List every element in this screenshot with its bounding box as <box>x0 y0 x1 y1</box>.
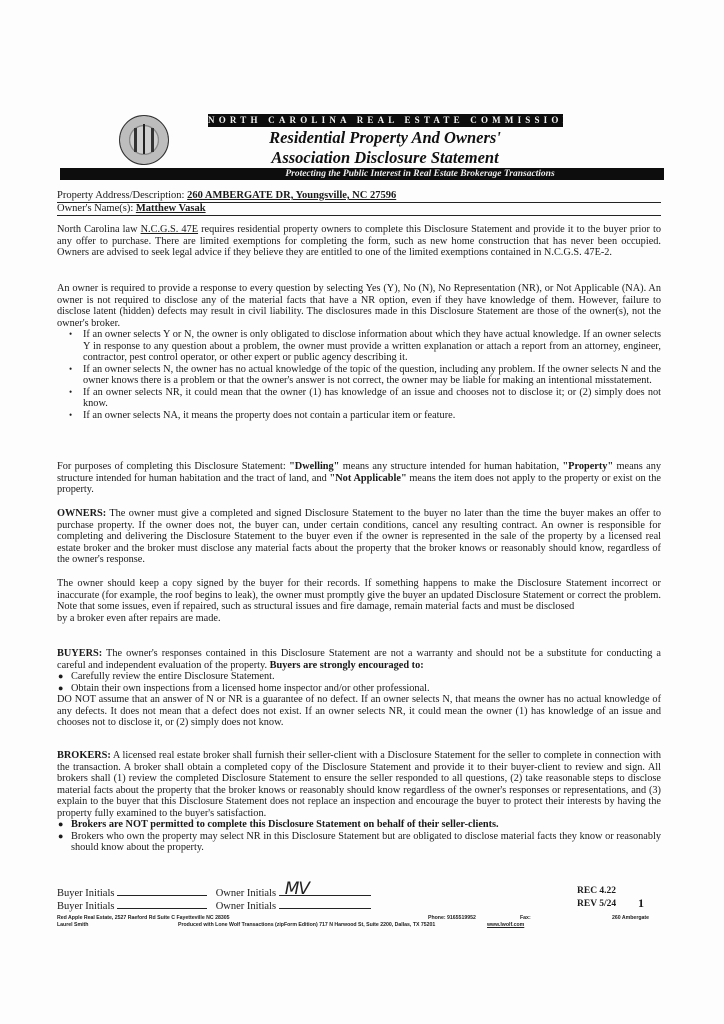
responses-section: An owner is required to provide a respon… <box>57 283 661 421</box>
seal-pole <box>143 124 145 154</box>
brokers-section: BROKERS: A licensed real estate broker s… <box>57 750 661 854</box>
statute-link[interactable]: N.C.G.S. 47E <box>141 224 198 235</box>
buyers-encourage: Buyers are strongly encouraged to: <box>270 660 424 671</box>
responses-paragraph: An owner is required to provide a respon… <box>57 283 661 329</box>
owner-initials-signature: MV <box>285 882 309 896</box>
intro-paragraph: North Carolina law N.C.G.S. 47E requires… <box>57 224 661 259</box>
buyer-initials-field[interactable] <box>117 885 207 896</box>
owner-name-row: Owner's Name(s): Matthew Vasak <box>57 203 661 216</box>
form-title-line2: Association Disclosure Statement <box>200 148 570 168</box>
initials-row-2: Buyer Initials Owner Initials <box>57 898 371 913</box>
bullet-text: Brokers who own the property may select … <box>71 831 661 854</box>
owner-initials-field[interactable]: MV <box>279 885 371 896</box>
definitions-text: For purposes of completing this Disclosu… <box>57 461 289 472</box>
bullet-text: If an owner selects NA, it means the pro… <box>83 410 455 421</box>
bullet-icon: • <box>69 387 72 399</box>
agent-name: Laurel Smith <box>57 922 88 929</box>
form-revision: REV 5/24 <box>577 899 616 910</box>
bullet-icon: ● <box>58 819 63 831</box>
bullet-text: If an owner selects N, the owner has no … <box>83 364 661 387</box>
owner-name-label: Owner's Name(s): <box>57 203 133 214</box>
bullet-text: Brokers are NOT permitted to complete th… <box>71 819 499 830</box>
term-property: "Property" <box>562 461 613 472</box>
bullet-icon: ● <box>58 671 63 683</box>
website-link[interactable]: www.lwolf.com <box>487 922 524 929</box>
bullet-icon: ● <box>58 831 63 843</box>
definitions-text: means any structure intended for human h… <box>339 461 562 472</box>
responses-bullet: •If an owner selects NA, it means the pr… <box>57 410 661 422</box>
brokers-heading: BROKERS: <box>57 750 111 761</box>
brokerage-info: Red Apple Real Estate, 2527 Raeford Rd S… <box>57 915 230 922</box>
term-dwelling: "Dwelling" <box>289 461 339 472</box>
bullet-icon: ● <box>58 683 63 695</box>
responses-bullet: •If an owner selects N, the owner has no… <box>57 364 661 387</box>
form-title-line1: Residential Property And Owners' <box>200 128 570 148</box>
disclosure-page: NORTH CAROLINA REAL ESTATE COMMISSION Re… <box>0 0 724 1024</box>
bullet-text: Obtain their own inspections from a lice… <box>71 683 430 694</box>
owner-name-value[interactable]: Matthew Vasak <box>136 203 206 214</box>
fax-label: Fax: <box>520 915 531 922</box>
responses-bullet: •If an owner selects NR, it could mean t… <box>57 387 661 410</box>
term-not-applicable: "Not Applicable" <box>330 473 407 484</box>
buyers-heading: BUYERS: <box>57 648 102 659</box>
buyers-bullet: ●Obtain their own inspections from a lic… <box>57 683 661 695</box>
bullet-text: Carefully review the entire Disclosure S… <box>71 671 275 682</box>
form-code: REC 4.22 <box>577 886 616 897</box>
produced-with: Produced with Lone Wolf Transactions (zi… <box>178 922 435 929</box>
buyers-bullet: ●Carefully review the entire Disclosure … <box>57 671 661 683</box>
property-address-row: Property Address/Description: 260 AMBERG… <box>57 190 661 203</box>
owners-copy-paragraph: The owner should keep a copy signed by t… <box>57 578 661 624</box>
bullet-text: If an owner selects NR, it could mean th… <box>83 387 661 410</box>
document-name: 260 Ambergate <box>612 915 649 922</box>
intro-text-start: North Carolina law <box>57 224 141 235</box>
buyers-section: BUYERS: The owner's responses contained … <box>57 648 661 729</box>
owners-heading: OWNERS: <box>57 508 106 519</box>
buyer-initials-field[interactable] <box>117 898 207 909</box>
property-address-label: Property Address/Description: <box>57 190 184 201</box>
owner-initials-field[interactable] <box>279 898 371 909</box>
property-address-value[interactable]: 260 AMBERGATE DR, Youngsville, NC 27596 <box>187 190 396 201</box>
commission-banner: NORTH CAROLINA REAL ESTATE COMMISSION <box>208 114 563 127</box>
brokers-text: A licensed real estate broker shall furn… <box>57 750 661 819</box>
buyer-initials-label: Buyer Initials <box>57 901 114 912</box>
buyers-warning: DO NOT assume that an answer of N or NR … <box>57 694 661 729</box>
responses-bullet: •If an owner selects Y or N, the owner i… <box>57 329 661 364</box>
definitions-paragraph: For purposes of completing this Disclosu… <box>57 461 661 496</box>
owners-copy-text-end: by a broker even after repairs are made. <box>57 613 661 625</box>
brokers-bullet: ●Brokers who own the property may select… <box>57 831 661 854</box>
owners-copy-text: The owner should keep a copy signed by t… <box>57 578 661 613</box>
owner-initials-label: Owner Initials <box>216 901 276 912</box>
bullet-text: If an owner selects Y or N, the owner is… <box>83 329 661 363</box>
nc-seal-icon <box>119 115 169 165</box>
tagline-banner: Protecting the Public Interest in Real E… <box>60 168 664 180</box>
tagline-text: Protecting the Public Interest in Real E… <box>210 168 630 180</box>
bullet-icon: • <box>69 364 72 376</box>
bullet-icon: • <box>69 410 72 422</box>
owners-paragraph: OWNERS: The owner must give a completed … <box>57 508 661 566</box>
brokers-bullet: ●Brokers are NOT permitted to complete t… <box>57 819 661 831</box>
bullet-icon: • <box>69 329 72 341</box>
page-number: 1 <box>638 896 644 911</box>
phone-number: Phone: 9165519952 <box>428 915 476 922</box>
owners-text: The owner must give a completed and sign… <box>57 508 661 565</box>
